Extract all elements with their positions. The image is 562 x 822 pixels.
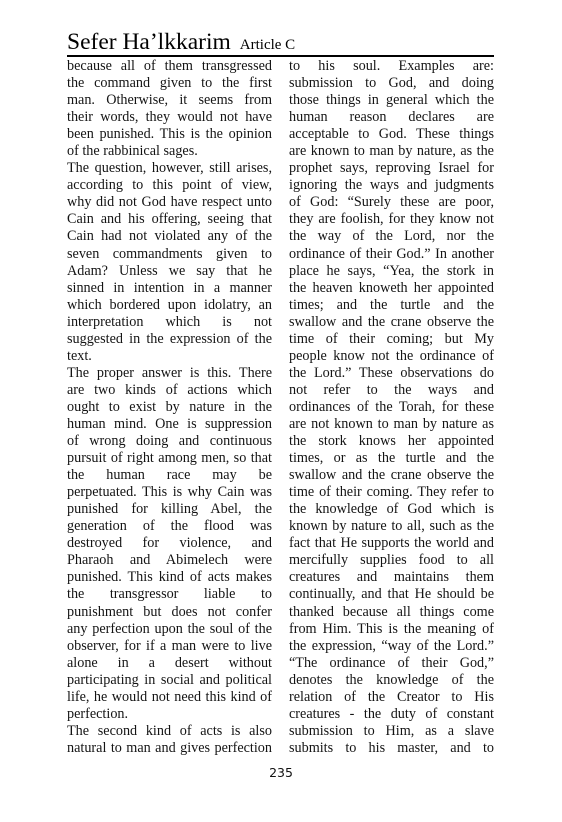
text-line: times; and the turtle and the [289,297,494,314]
text-line: the expression, “way of the Lord.” [289,638,494,655]
text-line: place he says, “Yea, the stork in [289,263,494,280]
article-label: Article C [240,37,295,53]
text-line: known by nature to all, such as the [289,518,494,535]
text-line: perfection. [67,706,272,723]
text-line: participating in social and political [67,672,272,689]
text-line: pursuit of right among men, so that [67,450,272,467]
text-line: the knowledge of God which is [289,501,494,518]
text-line: observer, for if a man were to live [67,638,272,655]
text-line: submission to Him, as a slave [289,723,494,740]
text-line: ordinances of the Torah, for these [289,399,494,416]
text-line: continually, and that He should be [289,586,494,603]
text-line: swallow and the crane observe the [289,467,494,484]
text-line: punished for killing Abel, the [67,501,272,518]
text-line: from Him. This is the meaning of [289,621,494,638]
text-line: ignoring the ways and judgments [289,177,494,194]
text-line: seven commandments given to [67,246,272,263]
text-line: the heaven knoweth her appointed [289,280,494,297]
text-line: ought to exist by nature in the [67,399,272,416]
text-line: suggested in the expression of the [67,331,272,348]
text-line: generation of the flood was [67,518,272,535]
text-line: creatures - the duty of constant [289,706,494,723]
text-line: The proper answer is this. There [67,365,272,382]
text-line: thanked because all things come [289,604,494,621]
text-line: of God: “Surely these are poor, [289,194,494,211]
book-title: Sefer Ha’lkkarim [67,29,231,55]
text-line: of the rabbinical sages. [67,143,272,160]
text-line: life, he would not need this kind of [67,689,272,706]
text-line: acceptable to God. These things [289,126,494,143]
text-line: submits to his master, and to [289,740,494,757]
text-line: according to this point of view, [67,177,272,194]
text-line: time of their coming. They refer to [289,484,494,501]
text-line: “The ordinance of their God,” [289,655,494,672]
text-line: they are foolish, for they know not [289,211,494,228]
text-line: not refer to the ways and [289,382,494,399]
text-line: the Lord.” These observations do [289,365,494,382]
text-line: why did not God have respect unto [67,194,272,211]
text-line: the human race may be [67,467,272,484]
text-line: people know not the ordinance of [289,348,494,365]
text-line: Cain and his offering, seeing that [67,211,272,228]
text-line: destroyed for violence, and [67,535,272,552]
page-number: 235 [0,765,562,780]
text-line: punished. This kind of acts makes [67,569,272,586]
text-line: the way of the Lord, nor the [289,228,494,245]
text-line: are not known to man by nature as [289,416,494,433]
text-line: alone in a desert without [67,655,272,672]
text-line: of wrong doing and continuous [67,433,272,450]
text-line: punishment but does not confer [67,604,272,621]
right-column: to his soul. Examples are:submission to … [289,58,494,757]
text-line: fact that He supports the world and [289,535,494,552]
text-line: human mind. One is suppression [67,416,272,433]
text-line: are known to man by nature, as the [289,143,494,160]
text-line: The second kind of acts is also [67,723,272,740]
text-line: human reason declares are [289,109,494,126]
text-line: the stork knows her appointed [289,433,494,450]
text-line: Adam? Unless we say that he [67,263,272,280]
text-line: been punished. This is the opinion [67,126,272,143]
running-header: Sefer Ha’lkkarimArticle C [67,30,494,57]
text-line: prophet says, reproving Israel for [289,160,494,177]
text-line: to his soul. Examples are: [289,58,494,75]
text-line: which bordered upon idolatry, an [67,297,272,314]
text-line: creatures and maintains them [289,569,494,586]
left-column: because all of them transgressedthe comm… [67,58,272,757]
text-line: time of their coming; but My [289,331,494,348]
text-line: the command given to the first [67,75,272,92]
text-line: submission to God, and doing [289,75,494,92]
text-line: denotes the knowledge of the [289,672,494,689]
text-line: Pharaoh and Abimelech were [67,552,272,569]
text-line: their words, they would not have [67,109,272,126]
text-line: because all of them transgressed [67,58,272,75]
text-line: mercifully supplies food to all [289,552,494,569]
text-line: are two kinds of actions which [67,382,272,399]
text-line: swallow and the crane observe the [289,314,494,331]
document-page: Sefer Ha’lkkarimArticle C because all of… [0,0,562,822]
text-line: relation of the Creator to His [289,689,494,706]
text-line: interpretation which is not [67,314,272,331]
text-line: times, or as the turtle and the [289,450,494,467]
text-line: man. Otherwise, it seems from [67,92,272,109]
text-line: those things in general which the [289,92,494,109]
text-line: any perfection upon the soul of the [67,621,272,638]
text-line: the transgressor liable to [67,586,272,603]
text-line: natural to man and gives perfection [67,740,272,757]
text-line: perpetuated. This is why Cain was [67,484,272,501]
text-line: Cain had not violated any of the [67,228,272,245]
text-line: text. [67,348,272,365]
text-line: sinned in intention in a manner [67,280,272,297]
text-line: ordinance of their God.” In another [289,246,494,263]
text-line: The question, however, still arises, [67,160,272,177]
